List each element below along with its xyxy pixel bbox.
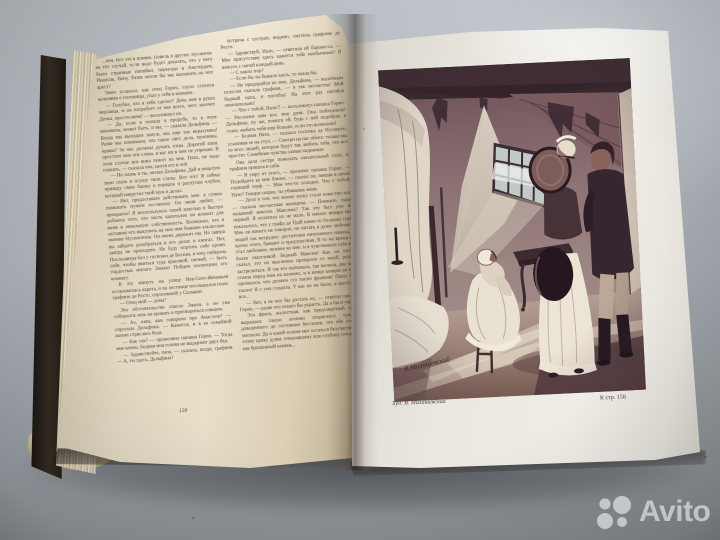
left-page: ...она. Все это я помню. Повель и другие… bbox=[55, 10, 355, 480]
dust-speck bbox=[363, 128, 365, 130]
illustration-drawing: В.Милашевский bbox=[378, 58, 646, 402]
plate-caption-page-ref: К стр. 158 bbox=[600, 394, 626, 401]
page-number: 158 bbox=[179, 408, 188, 415]
dust-speck bbox=[192, 517, 195, 519]
right-page: В.Милашевский Худ. В. Милашевский К стр.… bbox=[340, 12, 708, 472]
avito-logo-icon bbox=[594, 492, 634, 532]
plate-vignette bbox=[378, 58, 646, 402]
watermark-text: Avito bbox=[639, 495, 710, 529]
left-page-column-2: Встреча с сестрой, видимо, смутила графи… bbox=[220, 31, 369, 433]
avito-watermark: Avito bbox=[594, 492, 710, 532]
left-page-column-1: ...она. Все это я помню. Повель и другие… bbox=[95, 51, 238, 425]
dust-speck bbox=[704, 456, 707, 458]
book-illustration: В.Милашевский bbox=[378, 58, 646, 402]
